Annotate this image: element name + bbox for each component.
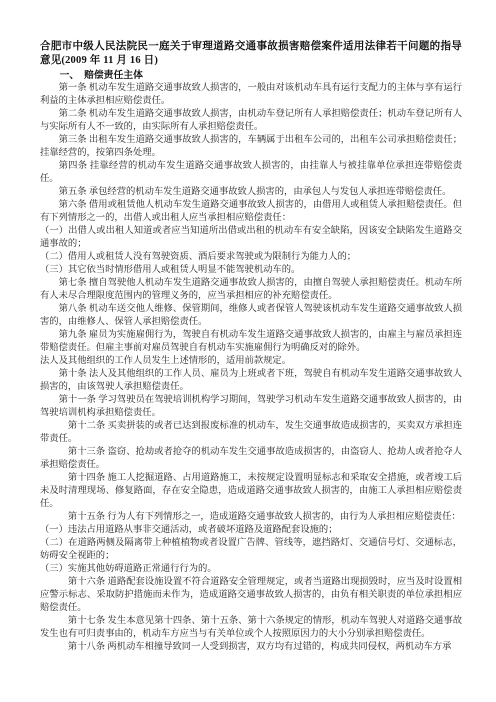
paragraph: 第一条 机动车发生道路交通事故致人损害的，一般由对该机动车具有运行支配力的主体与…: [40, 82, 462, 108]
paragraph: 第十七条 发生本意见第十四条、第十五条、第十六条规定的情形，机动车驾驶人对道路交…: [40, 615, 462, 641]
document-body: 一、 赔偿责任主体第一条 机动车发生道路交通事故致人损害的，一般由对该机动车具有…: [40, 69, 462, 654]
document-title: 合肥市中级人民法院民一庭关于审理道路交通事故损害赔偿案件适用法律若干问题的指导意…: [40, 40, 462, 67]
paragraph: 第五条 承包经营的机动车发生道路交通事故致人损害的，由承包人与发包人承担连带赔偿…: [40, 186, 462, 199]
paragraph: 第十六条 道路配套设施设置不符合道路安全管理规定，或者当道路出现损毁时，应当及时…: [40, 576, 462, 615]
paragraph: 第十八条 两机动车相撞导致同一人受到损害，双方均有过错的，构成共同侵权，两机动车…: [40, 641, 462, 654]
paragraph: 第十一条 学习驾驶员在驾驶培训机构学习期间，驾驶学习机动车发生道路交通事故致人损…: [40, 394, 462, 420]
paragraph: 第十五条 行为人有下列情形之一，造成道路交通事故致人损害的，由行为人承担相应赔偿…: [40, 511, 462, 524]
list-item: （一）出借人或出租人知道或者应当知道所出借或出租的机动车有安全缺陷，因该安全缺陷…: [40, 225, 462, 251]
paragraph: 第十二条 买卖拼装的或者已达到报废标准的机动车，发生交通事故造成损害的，买卖双方…: [40, 420, 462, 446]
paragraph: 第八条 机动车送交他人维修、保管期间，维修人或者保管人驾驶该机动车发生道路交通事…: [40, 303, 462, 329]
paragraph: 第十三条 盗窃、抢劫或者抢夺的机动车发生交通事故造成损害的，由盗窃人、抢劫人或者…: [40, 446, 462, 472]
list-item: （二）在道路两侧及隔离带上种植植物或者设置广告牌、管线等，遮挡路灯、交通信号灯、…: [40, 537, 462, 563]
paragraph: 第六条 借用或租赁他人机动车发生道路交通事故致人损害的，由借用人或租赁人承担赔偿…: [40, 199, 462, 225]
list-item: （一）违法占用道路从事非交通活动，或者破坏道路及道路配套设施的；: [40, 524, 462, 537]
list-item: （三）其它依当时情形借用人或租赁人明显不能驾驶机动车的。: [40, 264, 462, 277]
paragraph: 第七条 擅自驾驶他人机动车发生道路交通事故致人损害的，由擅自驾驶人承担赔偿责任。…: [40, 277, 462, 303]
paragraph: 第十四条 施工人挖掘道路、占用道路施工，未按规定设置明显标志和采取安全措施，或者…: [40, 472, 462, 511]
paragraph: 第三条 出租车发生道路交通事故致人损害的，车辆属于出租车公司的，出租车公司承担赔…: [40, 134, 462, 160]
paragraph: 第四条 挂靠经营的机动车发生道路交通事故致人损害的，由挂靠人与被挂靠单位承担连带…: [40, 160, 462, 186]
section-heading: 一、 赔偿责任主体: [40, 69, 462, 82]
paragraph: 第十条 法人及其他组织的工作人员、雇员为上班或者下班，驾驶自有机动车发生道路交通…: [40, 368, 462, 394]
list-item: （三）实施其他妨碍道路正常通行行为的。: [40, 563, 462, 576]
paragraph: 第九条 雇员为实施雇佣行为，驾驶自有机动车发生道路交通事故致人损害的，由雇主与雇…: [40, 329, 462, 355]
paragraph: 法人及其他组织的工作人员发生上述情形的，适用前款规定。: [40, 355, 462, 368]
document-page: 合肥市中级人民法院民一庭关于审理道路交通事故损害赔偿案件适用法律若干问题的指导意…: [0, 0, 496, 702]
list-item: （二）借用人或租赁人没有驾驶资质、酒后要求驾驶或为限制行为能力人的；: [40, 251, 462, 264]
paragraph: 第二条 机动车发生道路交通事故致人损害，由机动车登记所有人承担赔偿责任；机动车登…: [40, 108, 462, 134]
